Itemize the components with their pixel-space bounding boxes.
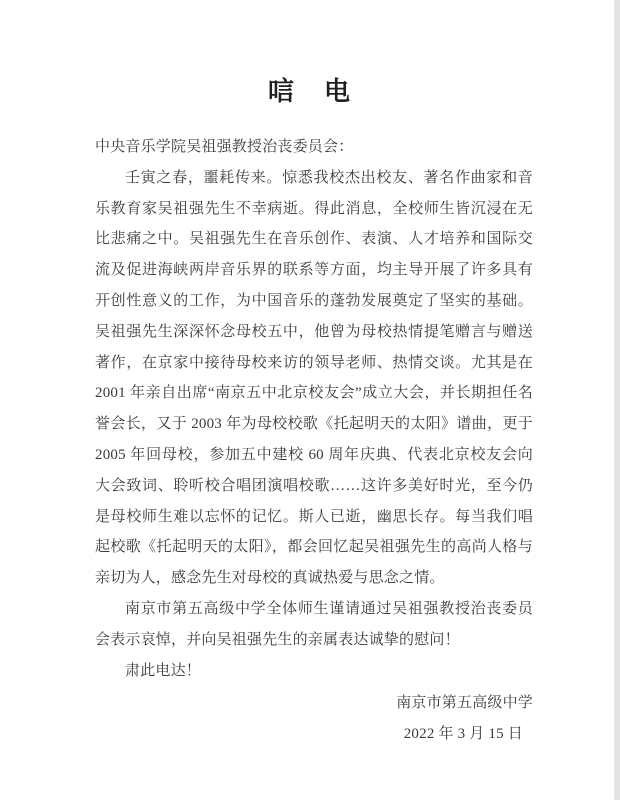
closing-line: 肃此电达！ [95,656,533,687]
body-paragraph-1: 壬寅之春，噩耗传来。惊悉我校杰出校友、著名作曲家和音乐教育家吴祖强先生不幸病逝。… [95,163,533,594]
date-line: 2022 年 3 月 15 日 [95,719,533,750]
document-title: 唁 电 [0,78,620,106]
body-paragraph-2: 南京市第五高级中学全体师生谨请通过吴祖强教授治丧委员会表示哀悼，并向吴祖强先生的… [95,594,533,656]
page-right-edge-strip [614,0,620,800]
signature-line: 南京市第五高级中学 [95,688,533,719]
document-page: 唁 电 中央音乐学院吴祖强教授治丧委员会： 壬寅之春，噩耗传来。惊悉我校杰出校友… [0,0,620,800]
document-body: 中央音乐学院吴祖强教授治丧委员会： 壬寅之春，噩耗传来。惊悉我校杰出校友、著名作… [95,132,533,750]
salutation-line: 中央音乐学院吴祖强教授治丧委员会： [95,132,533,163]
